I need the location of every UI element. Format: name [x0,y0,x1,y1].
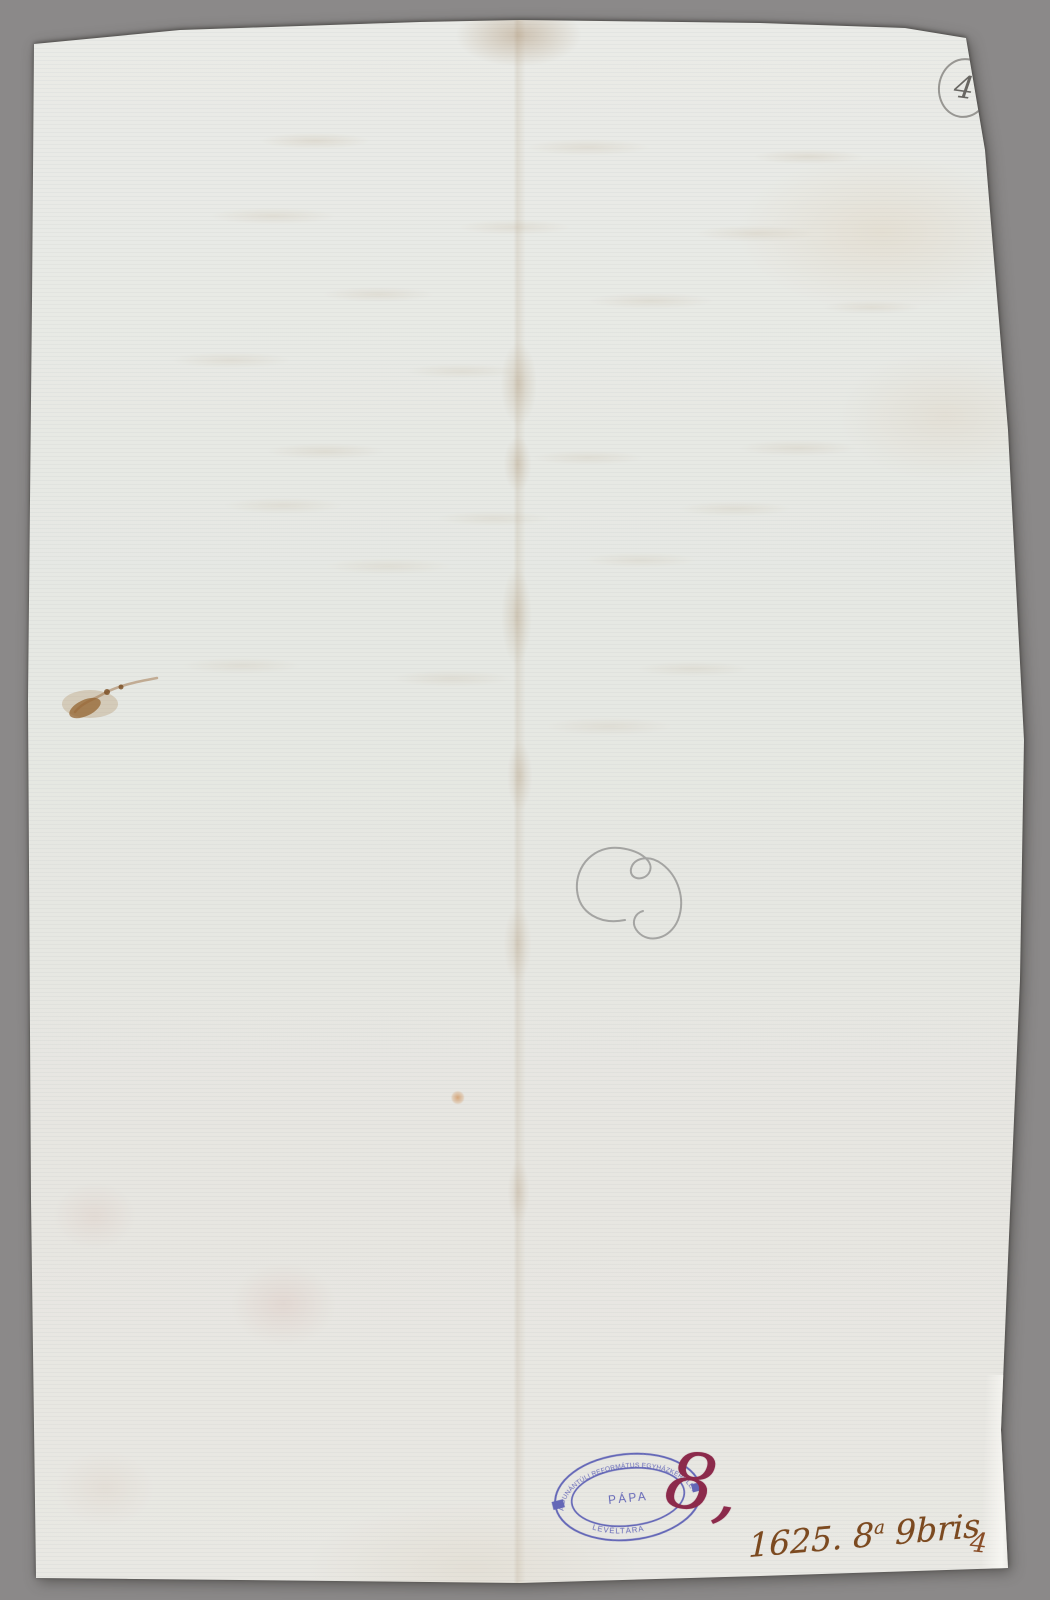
pencil-doodle [565,825,715,955]
manuscript-page-verso: 4 A DUNÁNTÚLI REFORMÁTUS EGYHÁZKERÜ [0,0,1050,1600]
circled-page-number: 4 [934,55,994,122]
date-day: 8 [853,1515,875,1556]
date-year: 1625. [748,1518,843,1565]
red-ink-number: 8, [660,1440,747,1530]
stamp-bottom-label: LEVÉLTÁRA [590,1517,645,1539]
ink-stain-left-edge [55,650,185,730]
corner-page-number: 4 [968,1527,988,1560]
date-month: 9bris [895,1506,981,1553]
circled-page-number-value: 4 [952,69,977,107]
date-inscription: 1625. 8a 9bris [748,1506,978,1565]
scan-background: 4 A DUNÁNTÚLI REFORMÁTUS EGYHÁZKERÜ [0,0,1050,1600]
stamp-center-label: PÁPA [608,1490,649,1507]
date-day-superscript: a [874,1517,885,1539]
